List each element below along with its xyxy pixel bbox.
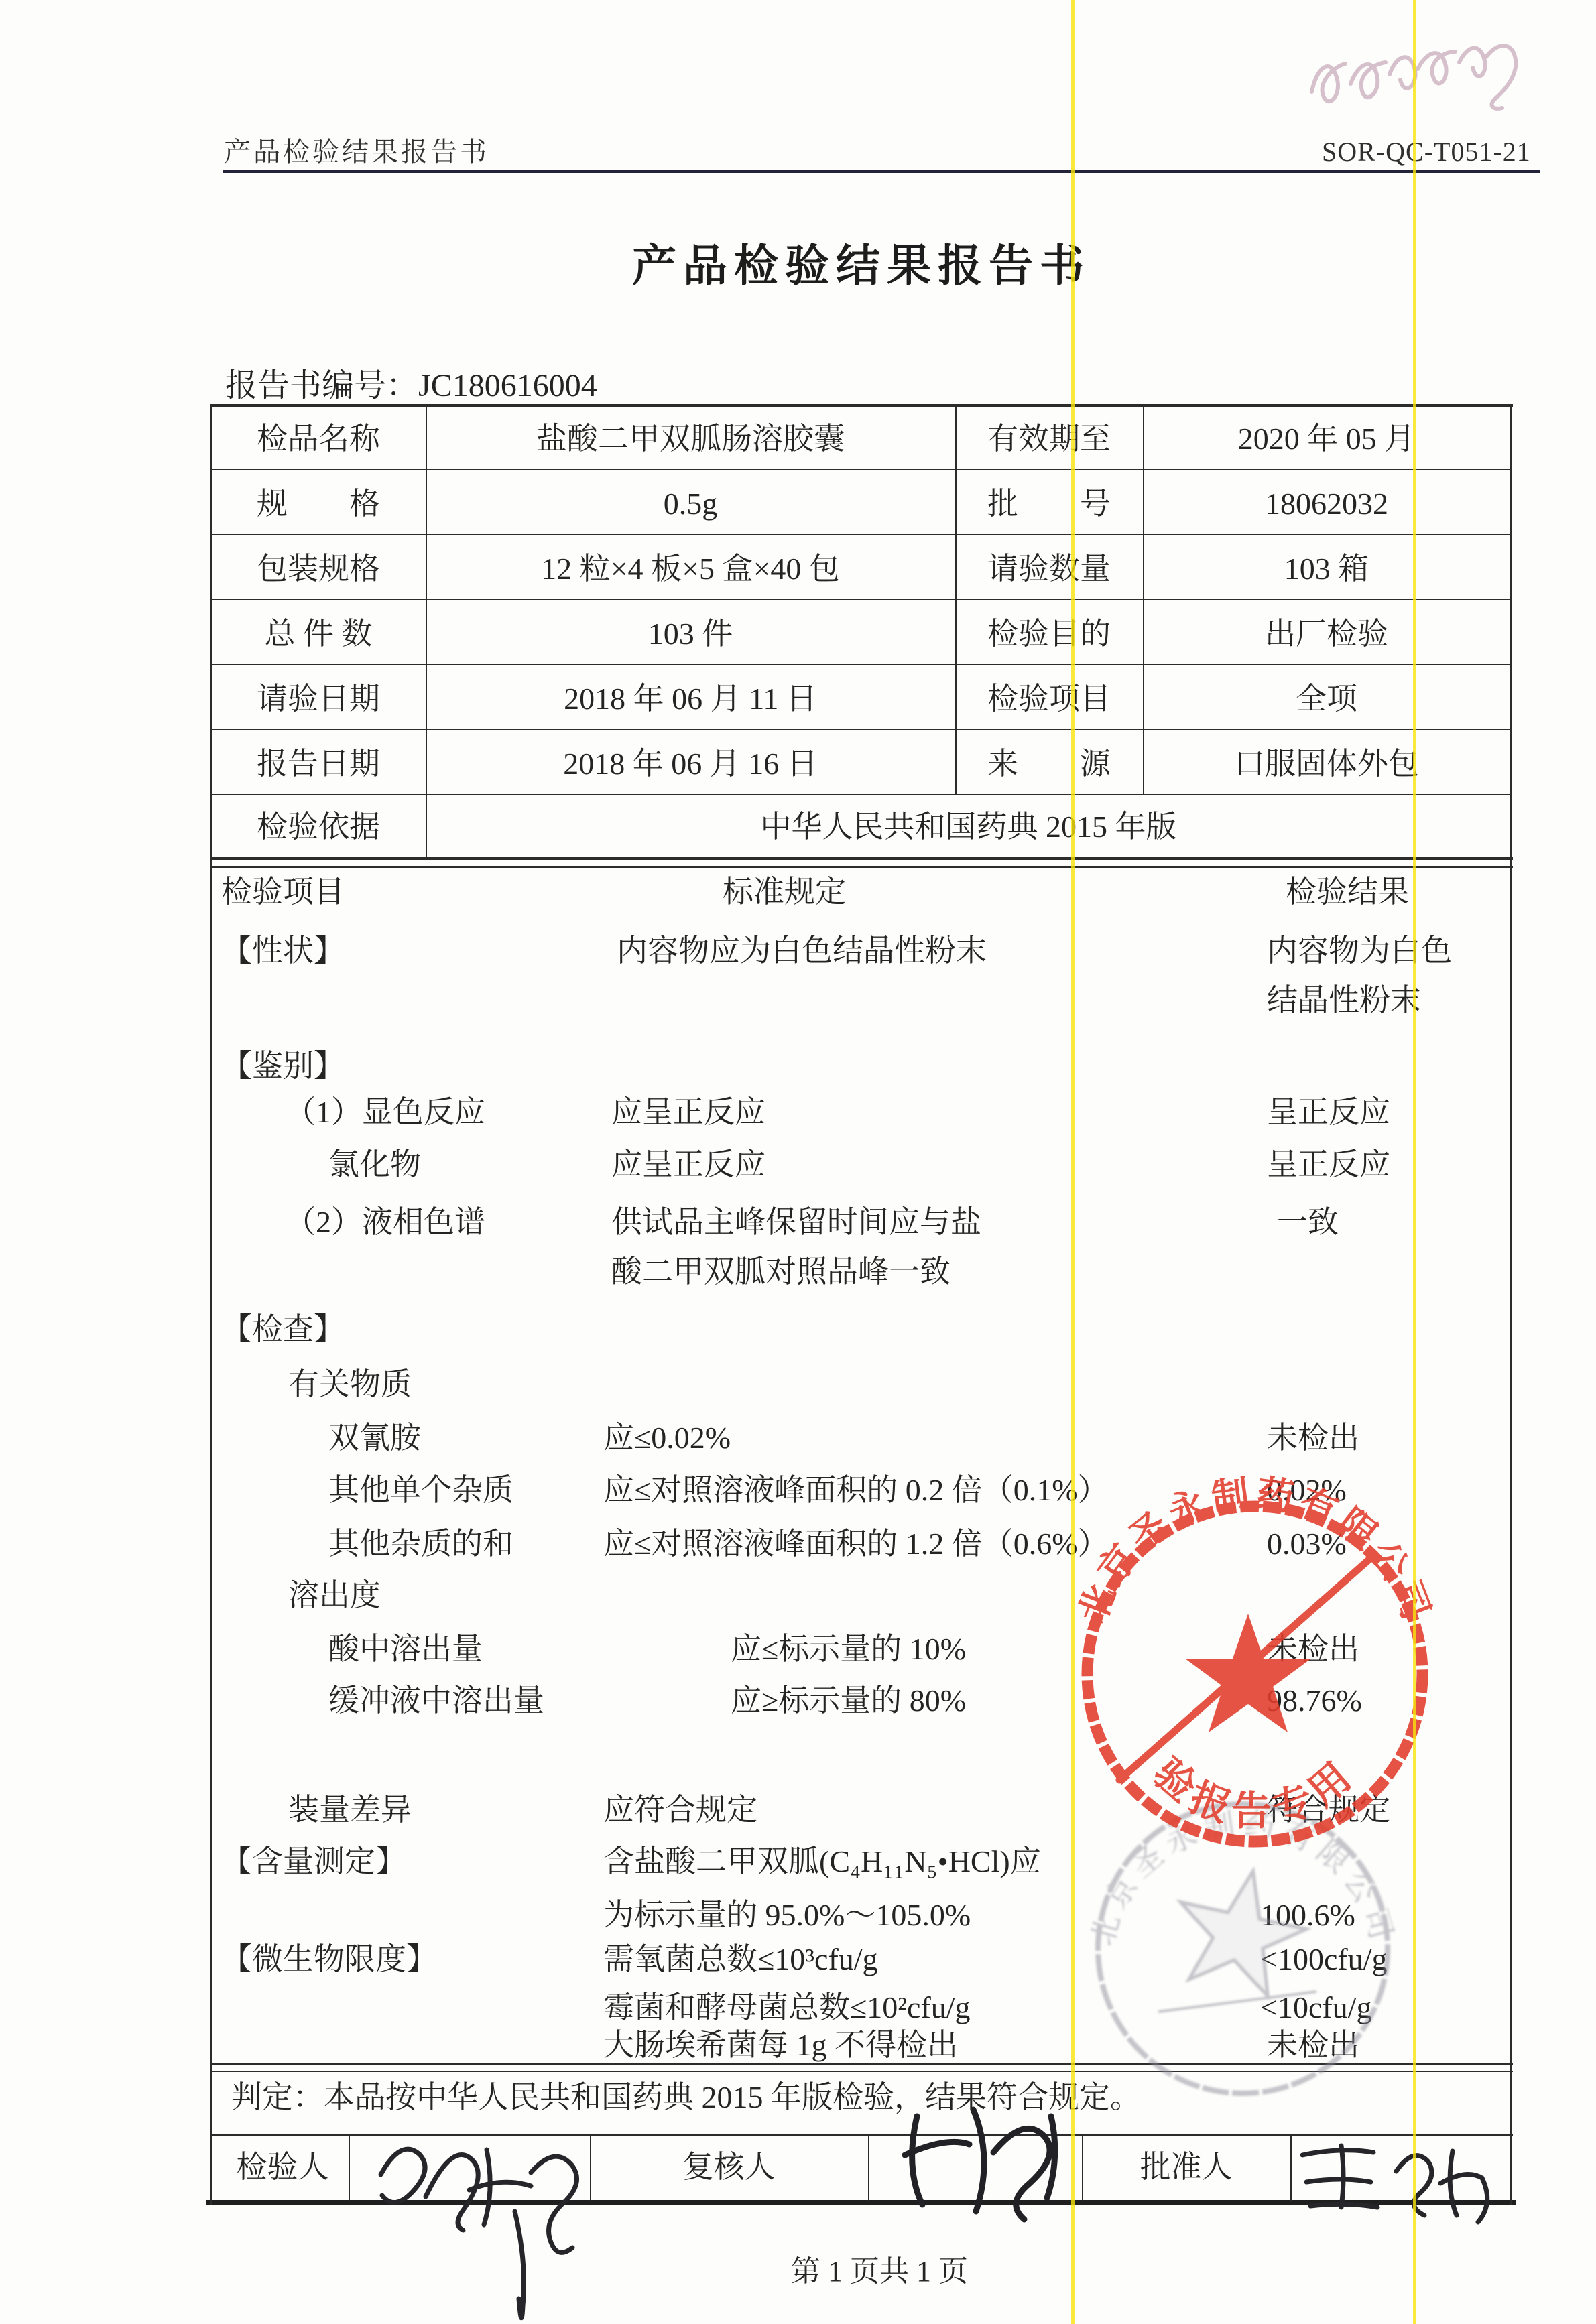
signature-divider bbox=[349, 2134, 350, 2201]
col-header-result: 检验结果 bbox=[1259, 875, 1436, 910]
report-number-label: 报告书编号： bbox=[225, 368, 418, 403]
result-spec: 应呈正反应 bbox=[611, 1147, 765, 1183]
info-label: 检品名称 bbox=[211, 422, 426, 457]
header-rule bbox=[223, 170, 1540, 173]
table-border-top bbox=[210, 404, 1513, 407]
info-label: 批 号 bbox=[955, 487, 1143, 522]
scanned-report-page: 产品检验结果报告书 SOR-QC-T051-21 产品检验结果报告书 报告书编号… bbox=[0, 0, 1596, 2324]
result-spec: 含盐酸二甲双胍(C₄H₁₁N₅•HCl)应 bbox=[603, 1844, 1041, 1880]
result-item: 【含量测定】 bbox=[221, 1844, 406, 1880]
result-item: 其他单个杂质 bbox=[328, 1473, 513, 1508]
report-number-value: JC180616004 bbox=[418, 368, 597, 403]
approver-label: 批准人 bbox=[1082, 2150, 1290, 2185]
table-divider bbox=[1143, 404, 1144, 795]
result-spec: 酸二甲双胍对照品峰一致 bbox=[611, 1254, 950, 1290]
info-value: 2018 年 06 月 16 日 bbox=[426, 747, 955, 782]
result-item: 溶出度 bbox=[288, 1578, 381, 1614]
result-value: 呈正反应 bbox=[1267, 1095, 1390, 1131]
result-item: 其他杂质的和 bbox=[328, 1527, 513, 1562]
table-rule-double-b bbox=[210, 866, 1513, 868]
table-border-right bbox=[1510, 404, 1512, 2205]
result-item: 装量差异 bbox=[288, 1793, 412, 1828]
info-value: 2020 年 05 月 bbox=[1143, 422, 1510, 457]
signature-divider bbox=[868, 2134, 869, 2201]
result-spec: 需氧菌总数≤10³cfu/g bbox=[603, 1942, 878, 1978]
result-spec: 供试品主峰保留时间应与盐 bbox=[611, 1205, 981, 1240]
info-label: 请验日期 bbox=[211, 682, 426, 717]
approver-signature bbox=[1290, 2132, 1505, 2223]
table-rule-double-a bbox=[210, 857, 1513, 860]
inspector-label: 检验人 bbox=[217, 2150, 349, 2185]
result-spec: 为标示量的 95.0%～105.0% bbox=[603, 1898, 971, 1933]
result-value: 呈正反应 bbox=[1267, 1147, 1390, 1183]
table-divider bbox=[955, 404, 957, 795]
result-spec: 大肠埃希菌每 1g 不得检出 bbox=[603, 2028, 958, 2063]
svg-text:北京圣永制药有限公司: 北京圣永制药有限公司 bbox=[1072, 1473, 1438, 1629]
info-value: 12 粒×4 板×5 盒×40 包 bbox=[426, 552, 955, 587]
result-spec: 霉菌和酵母菌总数≤10²cfu/g bbox=[603, 1990, 971, 2026]
page-title: 产品检验结果报告书 bbox=[211, 241, 1512, 292]
result-spec: 应≥标示量的 80% bbox=[731, 1683, 966, 1719]
result-value: 未检出 bbox=[1267, 1421, 1359, 1456]
result-value: 内容物为白色 bbox=[1267, 933, 1452, 969]
table-border-left bbox=[210, 404, 212, 2205]
col-header-item: 检验项目 bbox=[221, 875, 345, 910]
table-rule bbox=[211, 729, 1512, 730]
info-label: 包装规格 bbox=[211, 552, 426, 587]
info-value: 2018 年 06 月 11 日 bbox=[426, 682, 955, 717]
table-rule bbox=[211, 664, 1512, 665]
info-value: 全项 bbox=[1143, 682, 1510, 717]
result-item: 【性状】 bbox=[221, 933, 345, 969]
info-value: 103 件 bbox=[426, 617, 955, 652]
scan-artifact-yellow-line bbox=[1413, 0, 1416, 2324]
info-value: 103 箱 bbox=[1143, 552, 1510, 587]
result-item: 缓冲液中溶出量 bbox=[328, 1683, 544, 1719]
result-spec: 应≤对照溶液峰面积的 0.2 倍（0.1%） bbox=[603, 1473, 1109, 1508]
table-rule bbox=[211, 469, 1512, 470]
info-value: 口服固体外包 bbox=[1143, 747, 1510, 782]
info-value: 出厂检验 bbox=[1143, 617, 1510, 652]
info-label: 规 格 bbox=[211, 487, 426, 522]
result-item: 【检查】 bbox=[221, 1312, 345, 1348]
info-label: 有效期至 bbox=[955, 422, 1143, 457]
result-item: （1）显色反应 bbox=[285, 1095, 485, 1131]
info-value: 18062032 bbox=[1143, 487, 1510, 522]
table-rule bbox=[211, 599, 1512, 600]
result-item: 氯化物 bbox=[328, 1147, 421, 1183]
result-item: 【微生物限度】 bbox=[221, 1942, 437, 1978]
info-label: 来 源 bbox=[955, 747, 1143, 782]
result-spec: 应≤标示量的 10% bbox=[731, 1632, 966, 1667]
running-header-right: SOR-QC-T051-21 bbox=[1322, 137, 1531, 168]
running-header-left: 产品检验结果报告书 bbox=[224, 137, 489, 168]
table-rule bbox=[211, 794, 1512, 795]
info-value-basis: 中华人民共和国药典 2015 年版 bbox=[426, 810, 1512, 845]
info-label: 请验数量 bbox=[955, 552, 1143, 587]
result-value: 结晶性粉末 bbox=[1267, 983, 1421, 1019]
result-item: 有关物质 bbox=[288, 1367, 412, 1403]
result-item: 酸中溶出量 bbox=[328, 1632, 483, 1667]
page-footer: 第 1 页共 1 页 bbox=[791, 2255, 968, 2289]
info-value: 盐酸二甲双胍肠溶胶囊 bbox=[426, 422, 955, 457]
info-label: 检验目的 bbox=[955, 617, 1143, 652]
result-spec: 内容物应为白色结晶性粉末 bbox=[617, 933, 987, 969]
info-label-basis: 检验依据 bbox=[211, 810, 426, 845]
result-item: 【鉴别】 bbox=[221, 1049, 345, 1084]
report-number: 报告书编号：JC180616004 bbox=[225, 367, 597, 404]
result-value: 一致 bbox=[1277, 1205, 1339, 1240]
info-label: 总 件 数 bbox=[211, 617, 426, 652]
result-spec: 应符合规定 bbox=[603, 1793, 757, 1828]
red-stamp-company-text: 北京圣永制药有限公司 bbox=[1072, 1473, 1438, 1629]
inspector-signature bbox=[362, 2111, 650, 2312]
result-spec: 应≤0.02% bbox=[603, 1421, 731, 1456]
handwritten-note-scribble bbox=[1304, 30, 1532, 117]
scan-artifact-yellow-line bbox=[1071, 0, 1075, 2324]
red-inspection-stamp: 北京圣永制药有限公司 检验报告专用章 bbox=[1067, 1480, 1442, 1868]
reviewer-signature bbox=[892, 2091, 1086, 2225]
col-header-spec: 标准规定 bbox=[630, 875, 938, 910]
info-label: 报告日期 bbox=[211, 747, 426, 782]
info-value: 0.5g bbox=[426, 487, 955, 522]
result-spec: 应≤对照溶液峰面积的 1.2 倍（0.6%） bbox=[603, 1527, 1109, 1562]
info-label: 检验项目 bbox=[955, 682, 1143, 717]
result-spec: 应呈正反应 bbox=[611, 1095, 765, 1131]
result-item: 双氰胺 bbox=[328, 1421, 421, 1456]
table-rule bbox=[211, 534, 1512, 535]
result-item: （2）液相色谱 bbox=[285, 1205, 485, 1240]
